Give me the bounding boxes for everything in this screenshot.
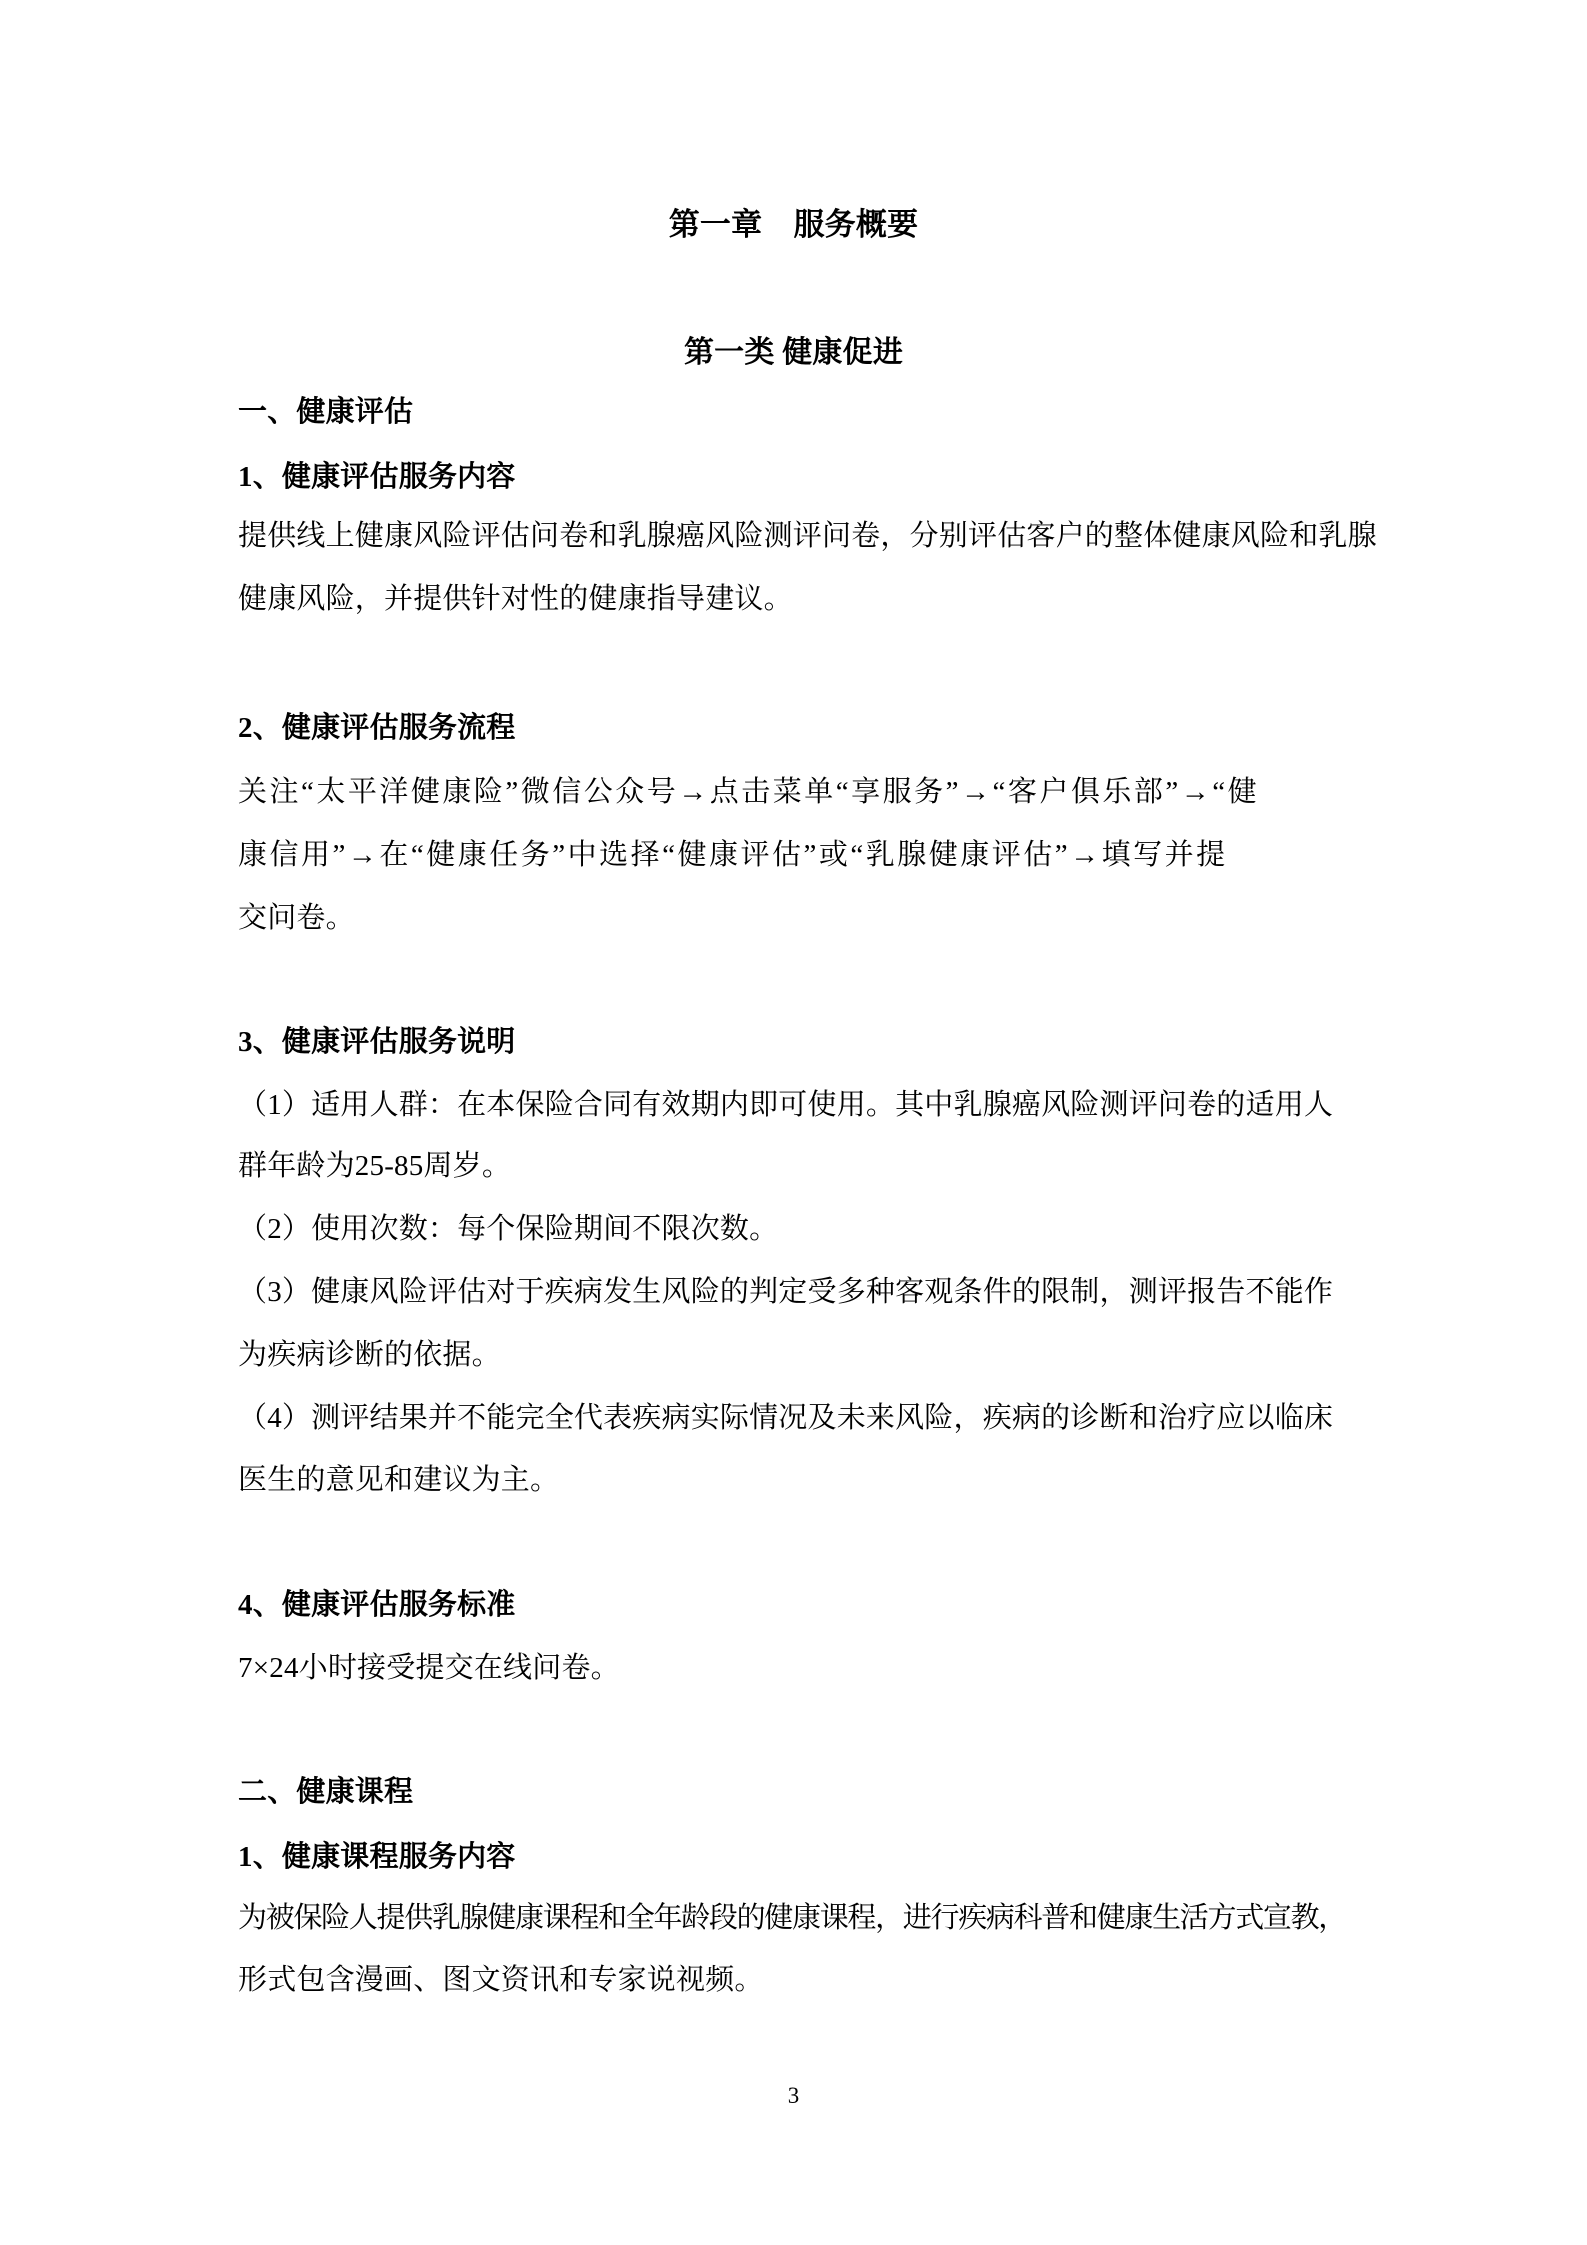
- subsection-heading-course-content: 1、健康课程服务内容: [238, 1841, 516, 1874]
- section-heading-health-courses: 二、健康课程: [238, 1776, 413, 1809]
- subsection-heading-assessment-process: 2、健康评估服务流程: [238, 712, 516, 745]
- paragraph-line: 为被保险人提供乳腺健康课程和全年龄段的健康课程，进行疾病科普和健康生活方式宣教，: [238, 1902, 1346, 1935]
- paragraph-line: 为疾病诊断的依据。: [238, 1339, 501, 1372]
- paragraph-line: 交问卷。: [238, 902, 355, 935]
- paragraph-line: 提供线上健康风险评估问卷和乳腺癌风险测评问卷，分别评估客户的整体健康风险和乳腺: [238, 520, 1377, 553]
- paragraph-line: （1）适用人群：在本保险合同有效期内即可使用。其中乳腺癌风险测评问卷的适用人: [238, 1089, 1333, 1122]
- paragraph-line: 关注“太平洋健康险”微信公众号→点击菜单“享服务”→“客户俱乐部”→“健: [238, 776, 1259, 809]
- category-title: 第一类 健康促进: [0, 336, 1587, 371]
- paragraph-line: 群年龄为25-85周岁。: [238, 1150, 511, 1183]
- subsection-heading-assessment-content: 1、健康评估服务内容: [238, 461, 516, 494]
- subsection-heading-assessment-standard: 4、健康评估服务标准: [238, 1589, 516, 1622]
- chapter-title: 第一章 服务概要: [0, 207, 1587, 243]
- paragraph-line: 形式包含漫画、图文资讯和专家说视频。: [238, 1964, 764, 1997]
- paragraph-line: （3）健康风险评估对于疾病发生风险的判定受多种客观条件的限制，测评报告不能作: [238, 1276, 1333, 1309]
- paragraph-line: （2）使用次数：每个保险期间不限次数。: [238, 1213, 778, 1246]
- page-number: 3: [0, 2083, 1587, 2109]
- paragraph-line: （4）测评结果并不能完全代表疾病实际情况及未来风险，疾病的诊断和治疗应以临床: [238, 1402, 1333, 1435]
- paragraph-line: 康信用”→在“健康任务”中选择“健康评估”或“乳腺健康评估”→填写并提: [238, 839, 1228, 872]
- paragraph-line: 7×24小时接受提交在线问卷。: [238, 1652, 620, 1685]
- paragraph-line: 医生的意见和建议为主。: [238, 1464, 559, 1497]
- section-heading-health-assessment: 一、健康评估: [238, 396, 413, 429]
- document-page: 第一章 服务概要 第一类 健康促进 一、健康评估 1、健康评估服务内容 提供线上…: [0, 0, 1587, 2245]
- subsection-heading-assessment-notes: 3、健康评估服务说明: [238, 1026, 516, 1059]
- paragraph-line: 健康风险，并提供针对性的健康指导建议。: [238, 583, 793, 616]
